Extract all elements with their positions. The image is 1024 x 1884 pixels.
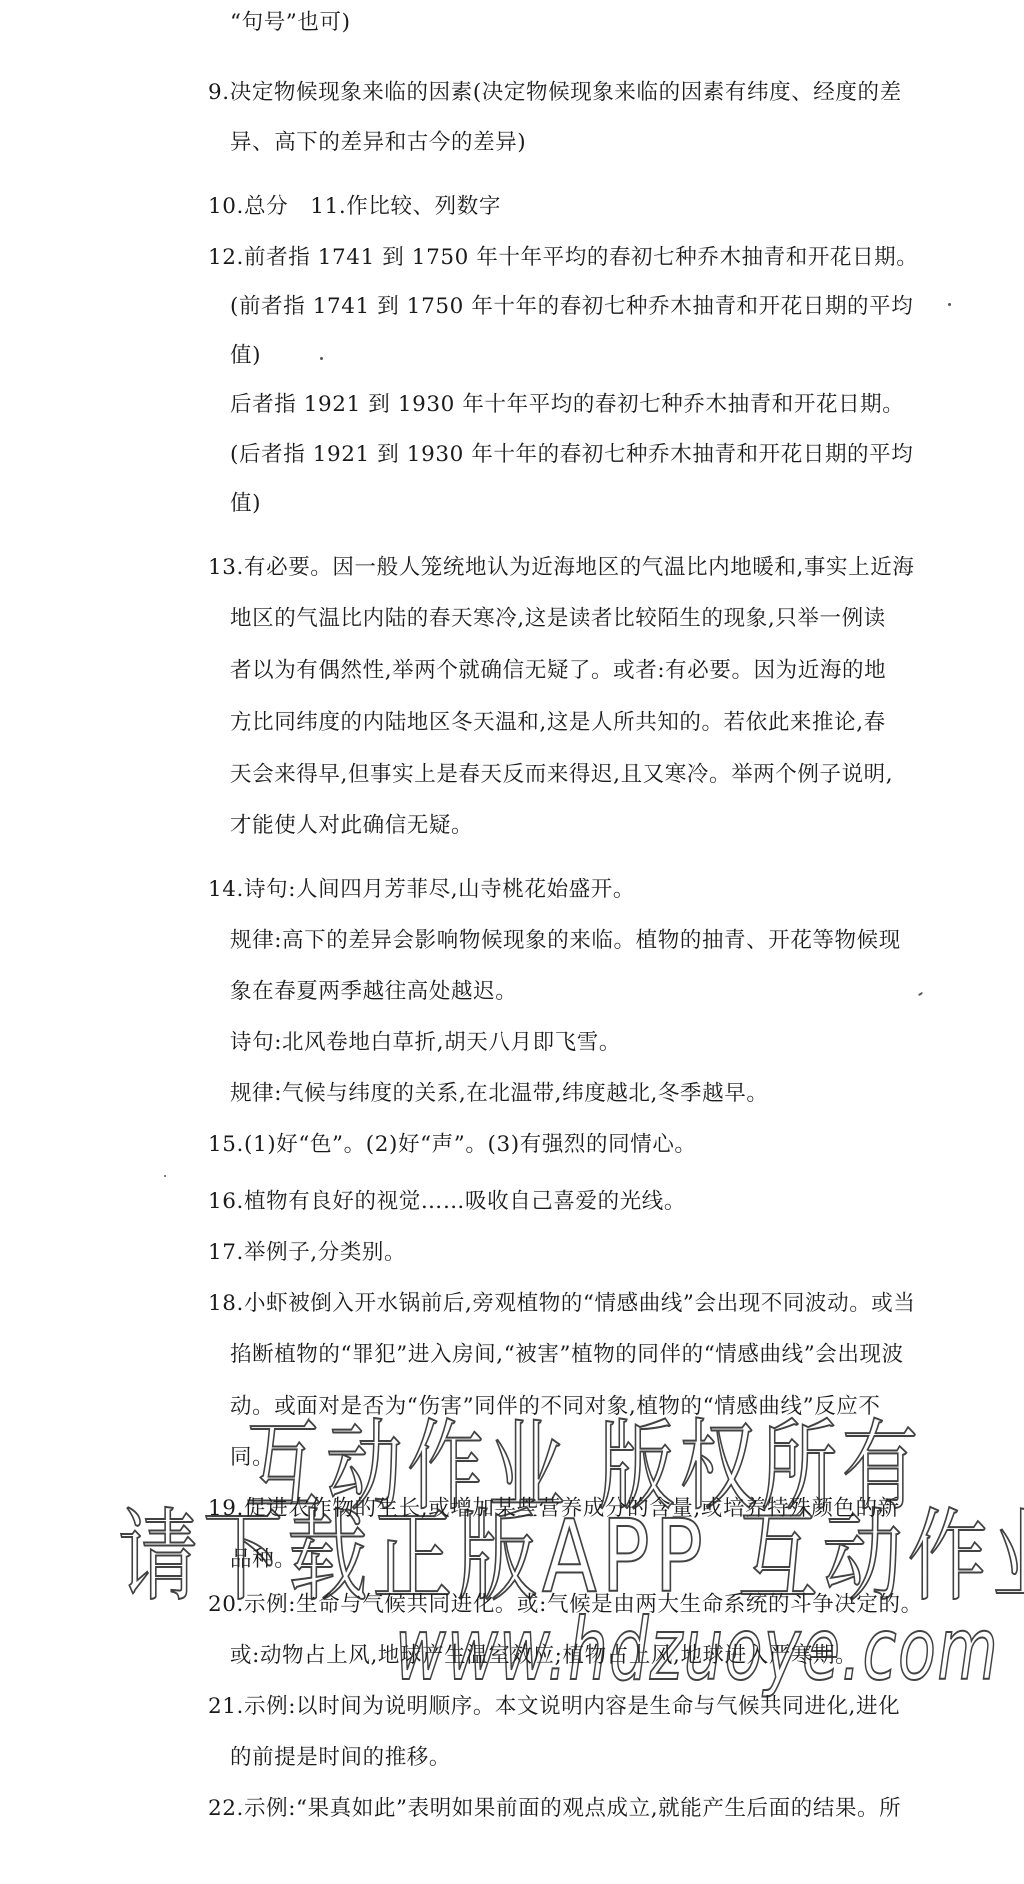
answer-line-l-8-cont: “句号”也可) [230,8,351,38]
answer-line-l-20a: 20.示例:生命与气候共同进化。或:气候是由两大生命系统的斗争决定的。 [208,1590,923,1620]
answer-line-l-14a: 14.诗句:人间四月芳菲尽,山寺桃花始盛开。 [208,875,635,905]
answer-line-l-15: 15.(1)好“色”。(2)好“声”。(3)有强烈的同情心。 [208,1130,697,1160]
answer-line-l-13a: 13.有必要。因一般人笼统地认为近海地区的气温比内地暖和,事实上近海 [208,553,914,583]
answer-line-l-12e: (后者指 1921 到 1930 年十年的春初七种乔木抽青和开花日期的平均 [230,440,913,470]
answer-line-l-10-11: 10.总分 11.作比较、列数字 [208,192,501,222]
answer-line-l-13b: 地区的气温比内陆的春天寒冷,这是读者比较陌生的现象,只举一例读 [230,604,886,634]
answer-line-l-13f: 才能使人对此确信无疑。 [230,811,473,841]
answer-line-l-18b: 掐断植物的“罪犯”进入房间,“被害”植物的同伴的“情感曲线”会出现波 [230,1340,904,1370]
answer-line-l-21a: 21.示例:以时间为说明顺序。本文说明内容是生命与气候共同进化,进化 [208,1692,900,1722]
answer-line-l-16: 16.植物有良好的视觉……吸收自己喜爱的光线。 [208,1187,686,1217]
answer-line-l-13c: 者以为有偶然性,举两个就确信无疑了。或者:有必要。因为近海的地 [230,656,886,686]
answer-line-l-21b: 的前提是时间的推移。 [230,1743,451,1773]
answer-line-l-20b: 或:动物占上风,地球产生温室效应;植物占上风,地球进入严寒期。 [230,1641,857,1671]
scanned-answer-page: “句号”也可)9.决定物候现象来临的因素(决定物候现象来临的因素有纬度、经度的差… [0,0,1024,1884]
answer-line-l-22a: 22.示例:“果真如此”表明如果前面的观点成立,就能产生后面的结果。所 [208,1794,901,1824]
answer-line-l-9b: 异、高下的差异和古今的差异) [230,128,526,158]
scan-speck [164,1175,166,1177]
answer-line-l-14e: 规律:气候与纬度的关系,在北温带,纬度越北,冬季越早。 [230,1079,768,1109]
scan-speck [948,303,951,306]
answer-line-l-13e: 天会来得早,但事实上是春天反而来得迟,且又寒冷。举两个例子说明, [230,760,893,790]
scan-speck [248,728,250,731]
answer-line-l-19b: 品种。 [230,1545,296,1575]
answer-line-l-19a: 19.促进农作物的生长,或增加某些营养成分的含量,或培养特殊颜色的新 [208,1494,900,1524]
answer-line-l-18a: 18.小虾被倒入开水锅前后,旁观植物的“情感曲线”会出现不同波动。或当 [208,1289,916,1319]
answer-line-l-12c: 值) [230,341,261,371]
answer-line-l-9a: 9.决定物候现象来临的因素(决定物候现象来临的因素有纬度、经度的差 [208,78,902,108]
answer-line-l-12a: 12.前者指 1741 到 1750 年十年平均的春初七种乔木抽青和开花日期。 [208,243,918,273]
answer-line-l-12d: 后者指 1921 到 1930 年十年平均的春初七种乔木抽青和开花日期。 [230,390,904,420]
answer-line-l-18d: 同。 [230,1443,274,1473]
answer-line-l-13d: 方比同纬度的内陆地区冬天温和,这是人所共知的。若依此来推论,春 [230,708,886,738]
scan-speck [320,357,323,360]
scan-speck [918,992,923,997]
answer-line-l-18c: 动。或面对是否为“伤害”同伴的不同对象,植物的“情感曲线”反应不 [230,1392,881,1422]
answer-line-l-14c: 象在春夏两季越往高处越迟。 [230,977,517,1007]
answer-line-l-12b: (前者指 1741 到 1750 年十年的春初七种乔木抽青和开花日期的平均 [230,292,913,322]
answer-line-l-12f: 值) [230,489,261,519]
answer-line-l-14d: 诗句:北风卷地白草折,胡天八月即飞雪。 [230,1028,621,1058]
answer-line-l-17: 17.举例子,分类别。 [208,1238,406,1268]
answer-line-l-14b: 规律:高下的差异会影响物候现象的来临。植物的抽青、开花等物候现 [230,926,901,956]
